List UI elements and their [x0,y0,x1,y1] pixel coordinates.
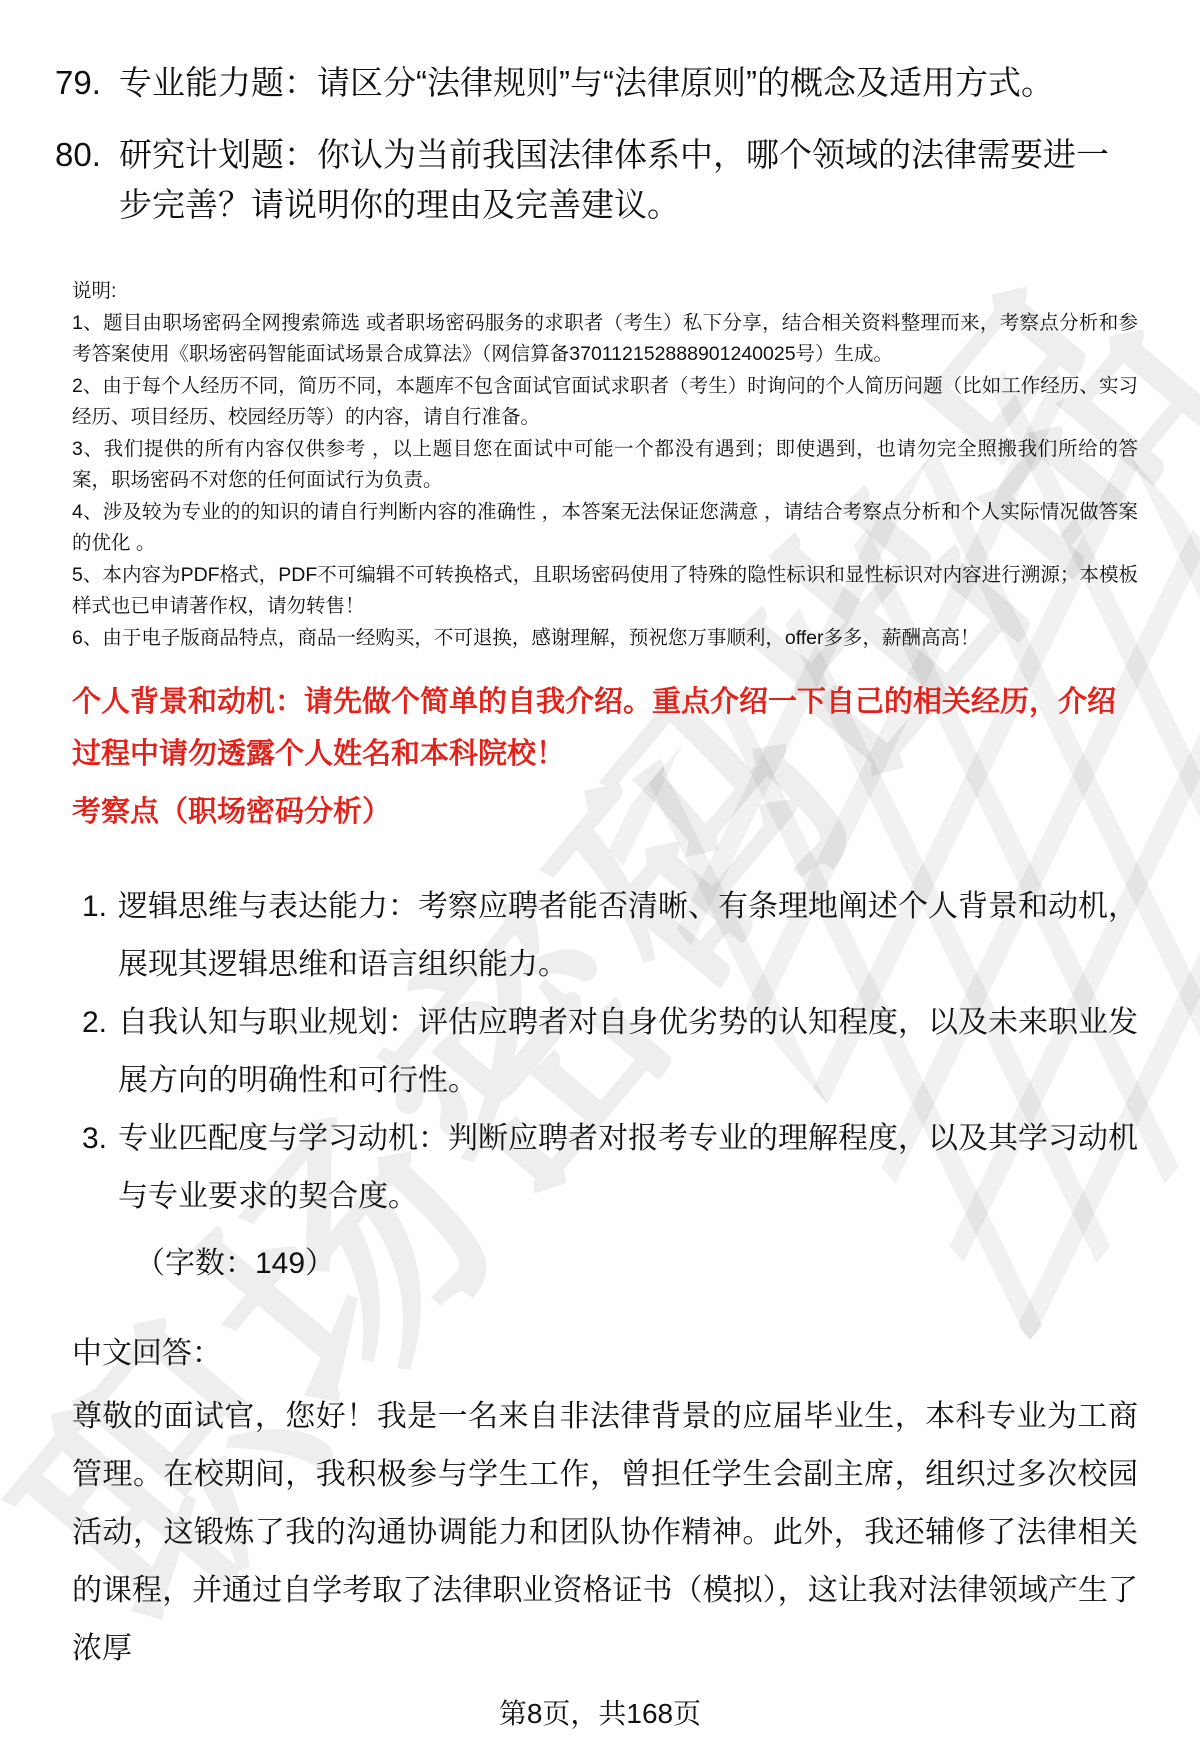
analysis-heading: 考察点（职场密码分析） [72,792,1138,832]
disclaimer-notes: 说明: 1、题目由职场密码全网搜索筛选 或者职场密码服务的求职者（考生）私下分享… [72,276,1138,654]
page-content: 79. 专业能力题：请区分“法律规则”与“法律原则”的概念及适用方式。 80. … [0,58,1200,1678]
question-number: 80. [55,130,101,180]
question-text: 专业能力题：请区分“法律规则”与“法律原则”的概念及适用方式。 [119,64,1054,101]
note-item-1: 1、题目由职场密码全网搜索筛选 或者职场密码服务的求职者（考生）私下分享，结合相… [72,308,1138,371]
word-count: （字数：149） [135,1235,1140,1293]
answer-text: 尊敬的面试官，您好！我是一名来自非法律背景的应届毕业生，本科专业为工商管理。在校… [72,1388,1138,1678]
question-number: 79. [55,58,101,108]
point-text: 逻辑思维与表达能力：考察应聘者能否清晰、有条理地阐述个人背景和动机，展现其逻辑思… [118,890,1138,981]
question-text: 研究计划题：你认为当前我国法律体系中，哪个领域的法律需要进一步完善？请说明你的理… [119,136,1109,223]
analysis-point-3: 3. 专业匹配度与学习动机：判断应聘者对报考专业的理解程度，以及其学习动机与专业… [82,1110,1140,1226]
point-number: 2. [82,994,107,1052]
answer-label: 中文回答： [72,1325,1140,1383]
analysis-point-1: 1. 逻辑思维与表达能力：考察应聘者能否清晰、有条理地阐述个人背景和动机，展现其… [82,878,1140,994]
question-item-79: 79. 专业能力题：请区分“法律规则”与“法律原则”的概念及适用方式。 [55,58,1140,108]
note-item-4: 4、涉及较为专业的的知识的请自行判断内容的准确性 ，本答案无法保证您满意 ，请结… [72,497,1138,560]
question-item-80: 80. 研究计划题：你认为当前我国法律体系中，哪个领域的法律需要进一步完善？请说… [55,130,1140,230]
note-item-3: 3、我们提供的所有内容仅供参考 ，以上题目您在面试中可能一个都没有遇到；即使遇到… [72,434,1138,497]
note-item-6: 6、由于电子版商品特点，商品一经购买，不可退换，感谢理解，预祝您万事顺利，off… [72,623,1138,655]
point-number: 1. [82,878,107,936]
pdf-page: 职场密码出品 79. 专业能力题：请区分“法律规则”与“法律原则”的概念及适用方… [0,0,1200,1755]
point-text: 专业匹配度与学习动机：判断应聘者对报考专业的理解程度，以及其学习动机与专业要求的… [118,1122,1138,1213]
notes-label: 说明: [72,276,1138,308]
analysis-point-2: 2. 自我认知与职业规划：评估应聘者对自身优劣势的认知程度，以及未来职业发展方向… [82,994,1140,1110]
analysis-points-list: 1. 逻辑思维与表达能力：考察应聘者能否清晰、有条理地阐述个人背景和动机，展现其… [82,878,1140,1226]
point-text: 自我认知与职业规划：评估应聘者对自身优劣势的认知程度，以及未来职业发展方向的明确… [118,1006,1138,1097]
question-list: 79. 专业能力题：请区分“法律规则”与“法律原则”的概念及适用方式。 80. … [55,58,1140,230]
point-number: 3. [82,1110,107,1168]
page-number-footer: 第8页，共168页 [0,1694,1200,1734]
note-item-5: 5、本内容为PDF格式，PDF不可编辑不可转换格式，且职场密码使用了特殊的隐性标… [72,560,1138,623]
interview-prompt: 个人背景和动机：请先做个简单的自我介绍。重点介绍一下自己的相关经历，介绍过程中请… [72,676,1138,780]
note-item-2: 2、由于每个人经历不同，简历不同，本题库不包含面试官面试求职者（考生）时询问的个… [72,371,1138,434]
